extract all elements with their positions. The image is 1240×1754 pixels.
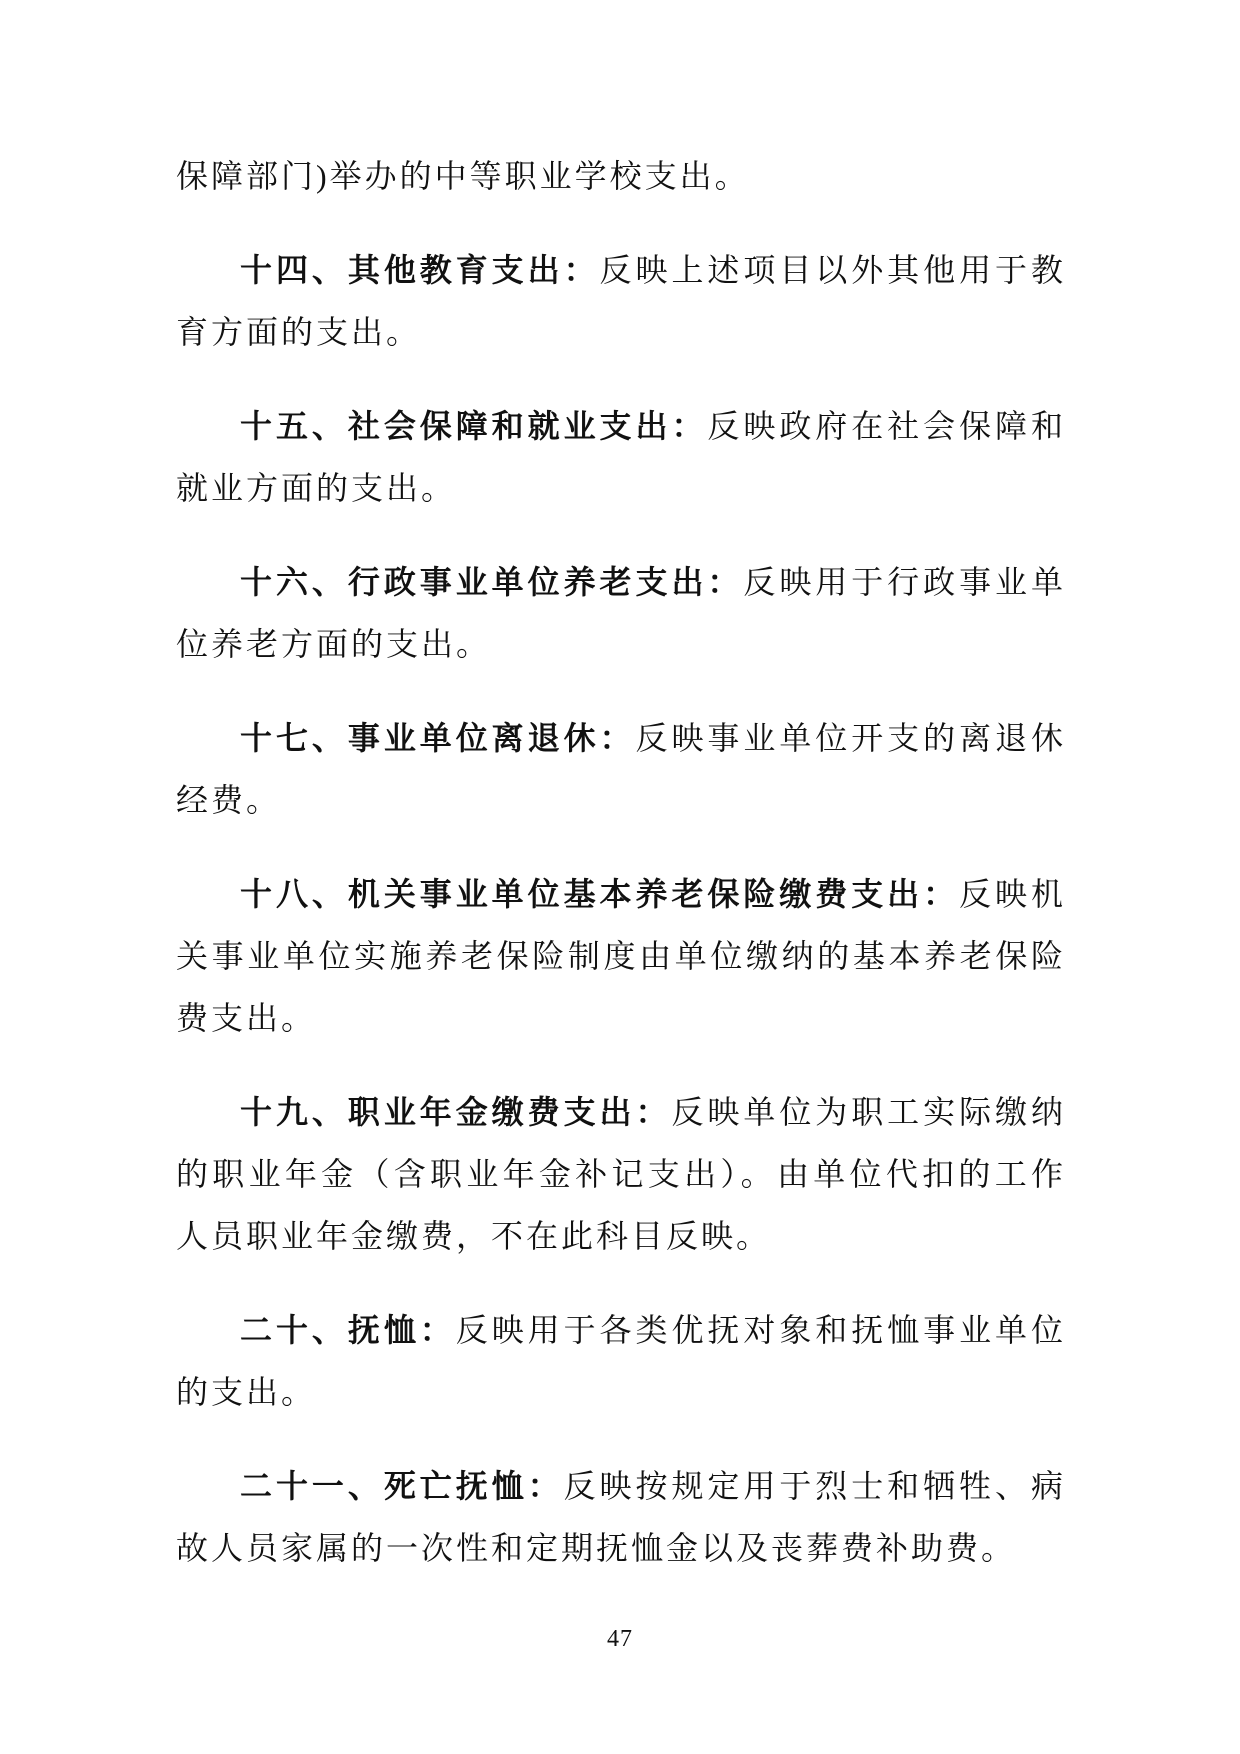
paragraph: 二十一、死亡抚恤：反映按规定用于烈士和牺牲、病故人员家属的一次性和定期抚恤金以及…	[176, 1455, 1066, 1579]
paragraph: 保障部门)举办的中等职业学校支出。	[176, 145, 1066, 207]
paragraph: 二十、抚恤：反映用于各类优抚对象和抚恤事业单位的支出。	[176, 1299, 1066, 1423]
paragraph: 十八、机关事业单位基本养老保险缴费支出：反映机关事业单位实施养老保险制度由单位缴…	[176, 863, 1066, 1049]
paragraph: 十五、社会保障和就业支出：反映政府在社会保障和就业方面的支出。	[176, 395, 1066, 519]
paragraph-heading: 十九、职业年金缴费支出：	[240, 1094, 671, 1130]
paragraph-heading: 十六、行政事业单位养老支出：	[240, 564, 743, 600]
document-page: 保障部门)举办的中等职业学校支出。十四、其他教育支出：反映上述项目以外其他用于教…	[0, 0, 1240, 1754]
paragraph-heading: 十七、事业单位离退休：	[240, 720, 636, 756]
page-number: 47	[0, 1626, 1240, 1653]
paragraph-heading: 二十一、死亡抚恤：	[240, 1468, 564, 1504]
paragraph-text: 保障部门)举办的中等职业学校支出。	[176, 158, 750, 194]
paragraph-heading: 二十、抚恤：	[240, 1312, 456, 1348]
document-body: 保障部门)举办的中等职业学校支出。十四、其他教育支出：反映上述项目以外其他用于教…	[176, 145, 1066, 1611]
paragraph: 十七、事业单位离退休：反映事业单位开支的离退休经费。	[176, 707, 1066, 831]
paragraph: 十四、其他教育支出：反映上述项目以外其他用于教育方面的支出。	[176, 239, 1066, 363]
paragraph-heading: 十五、社会保障和就业支出：	[240, 408, 707, 444]
paragraph-heading: 十四、其他教育支出：	[240, 252, 600, 288]
paragraph: 十九、职业年金缴费支出：反映单位为职工实际缴纳的职业年金（含职业年金补记支出）。…	[176, 1081, 1066, 1267]
paragraph: 十六、行政事业单位养老支出：反映用于行政事业单位养老方面的支出。	[176, 551, 1066, 675]
paragraph-heading: 十八、机关事业单位基本养老保险缴费支出：	[240, 876, 959, 912]
